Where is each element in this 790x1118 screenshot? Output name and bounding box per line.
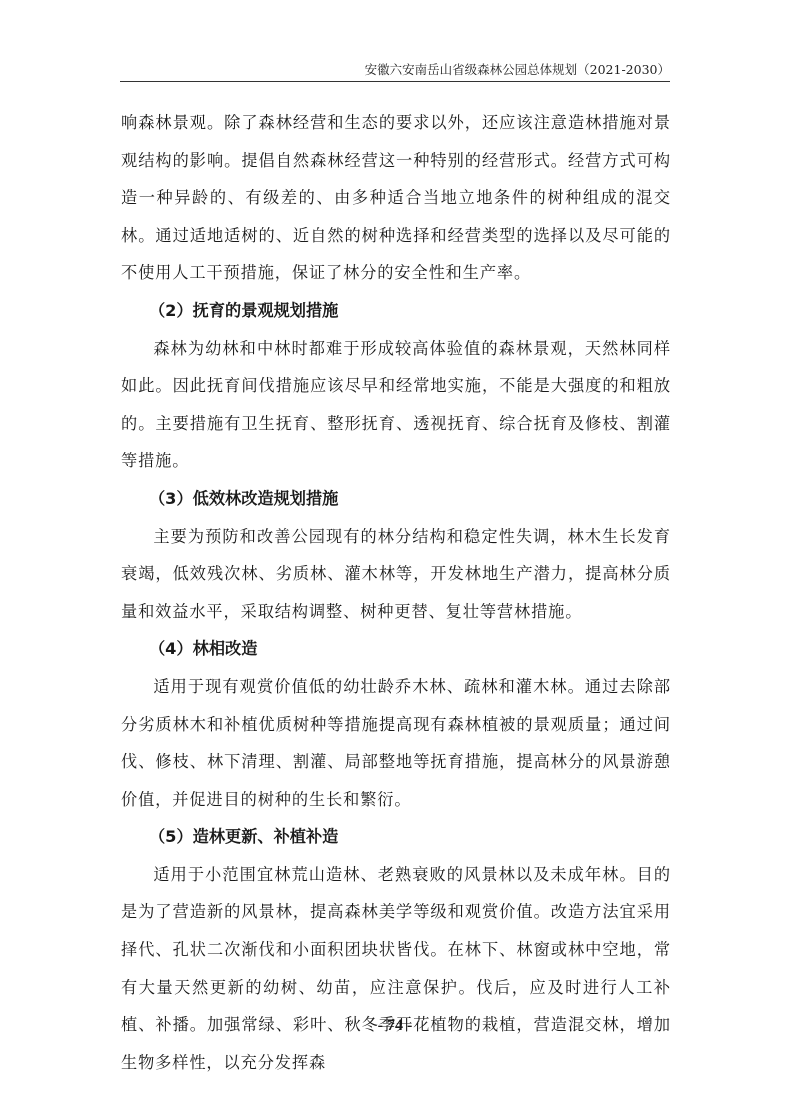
body-paragraph: 主要为预防和改善公园现有的林分结构和稳定性失调，林木生长发育衰竭，低效残次林、劣… xyxy=(121,518,671,631)
body-paragraph: 森林为幼林和中林时都难于形成较高体验值的森林景观，天然林同样如此。因此抚育间伐措… xyxy=(121,330,671,480)
section-heading-2: （2）抚育的景观规划措施 xyxy=(121,292,671,330)
section-heading-4: （4）林相改造 xyxy=(121,630,671,668)
body-paragraph-continued: 响森林景观。除了森林经营和生态的要求以外，还应该注意造林措施对景观结构的影响。提… xyxy=(121,104,671,292)
section-heading-3: （3）低效林改造规划措施 xyxy=(121,480,671,518)
page-body: 响森林景观。除了森林经营和生态的要求以外，还应该注意造林措施对景观结构的影响。提… xyxy=(121,104,671,1081)
running-header: 安徽六安南岳山省级森林公园总体规划（2021-2030） xyxy=(120,62,670,82)
page-number: - 74 - xyxy=(0,1017,790,1035)
document-title: 安徽六安南岳山省级森林公园总体规划（2021-2030） xyxy=(365,62,670,77)
body-paragraph: 适用于现有观赏价值低的幼壮龄乔木林、疏林和灌木林。通过去除部分劣质林木和补植优质… xyxy=(121,668,671,818)
body-paragraph: 适用于小范围宜林荒山造林、老熟衰败的风景林以及未成年林。目的是为了营造新的风景林… xyxy=(121,856,671,1082)
section-heading-5: （5）造林更新、补植补造 xyxy=(121,818,671,856)
